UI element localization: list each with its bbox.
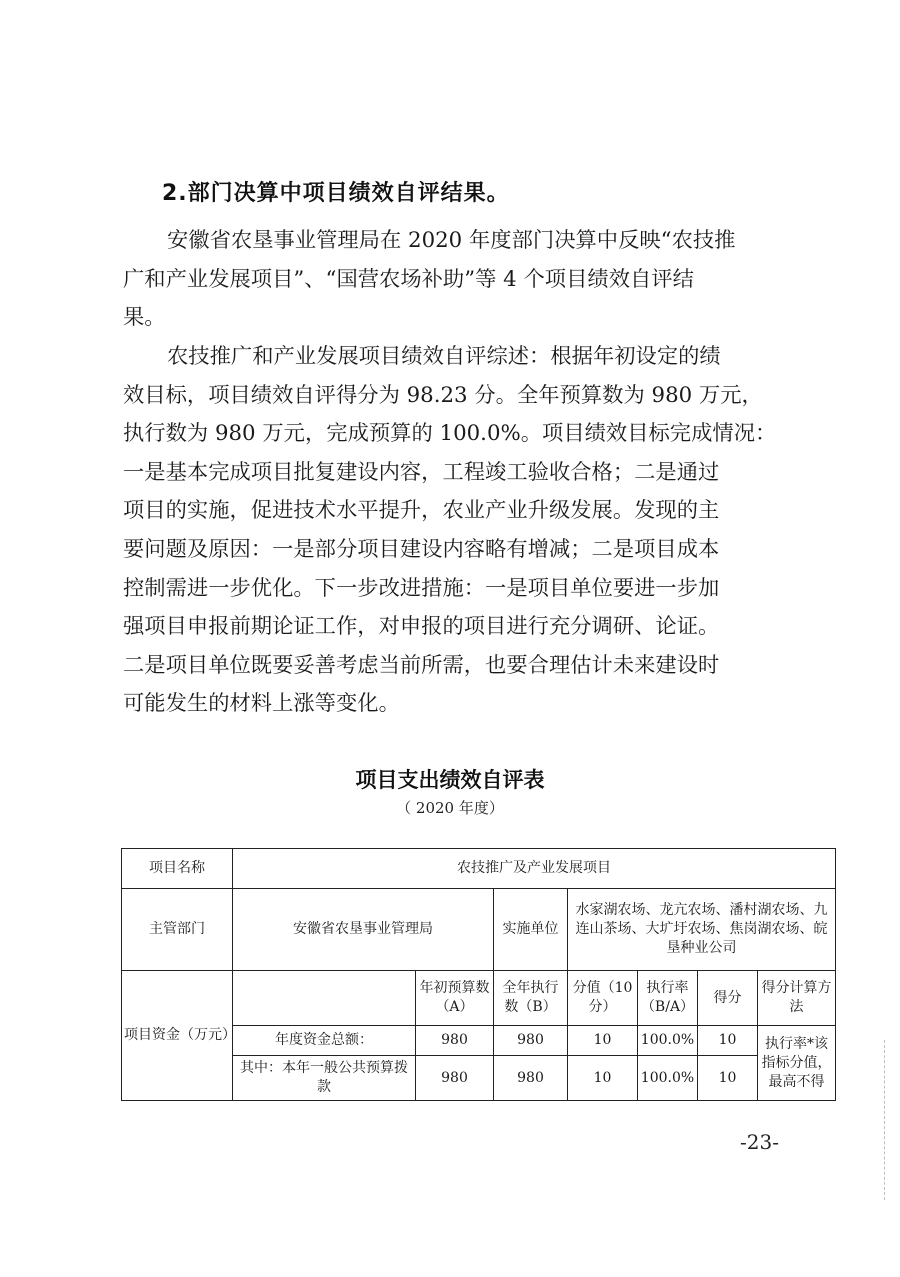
table-row: 项目资金（万元） 年初预算数（A） 全年执行数（B） 分值（10分） 执行率（B… <box>122 971 836 1026</box>
cell-budget: 980 <box>416 1056 494 1101</box>
row-label: 其中：本年一般公共预算拨款 <box>233 1056 416 1101</box>
row-label: 年度资金总额： <box>233 1026 416 1056</box>
implementer-label: 实施单位 <box>494 889 568 971</box>
text-line: 效目标，项目绩效自评得分为 98.23 分。全年预算数为 980 万元， <box>123 377 801 416</box>
implementer-value: 水家湖农场、龙亢农场、潘村湖农场、九连山茶场、大圹圩农场、焦岗湖农场、皖垦种业公… <box>568 889 836 971</box>
paragraph-intro: 安徽省农垦事业管理局在 2020 年度部门决算中反映“农技推 广和产业发展项目”… <box>123 222 801 338</box>
table-subtitle: （ 2020 年度） <box>0 797 900 818</box>
text-line: 果。 <box>123 299 801 338</box>
empty-header-cell <box>233 971 416 1026</box>
performance-table: 项目名称 农技推广及产业发展项目 主管部门 安徽省农垦事业管理局 实施单位 水家… <box>121 848 836 1101</box>
table-title: 项目支出绩效自评表 <box>0 764 900 794</box>
col-header-method: 得分计算方法 <box>758 971 836 1026</box>
cell-executed: 980 <box>494 1026 568 1056</box>
text-line: 控制需进一步优化。下一步改进措施：一是项目单位要进一步加 <box>123 570 801 609</box>
cell-weight: 10 <box>568 1026 638 1056</box>
col-header-weight: 分值（10分） <box>568 971 638 1026</box>
text-line: 项目的实施，促进技术水平提升，农业产业升级发展。发现的主 <box>123 492 801 531</box>
section-heading: 2.部门决算中项目绩效自评结果。 <box>162 176 510 207</box>
col-header-budget: 年初预算数（A） <box>416 971 494 1026</box>
text-line: 二是项目单位既要妥善考虑当前所需，也要合理估计未来建设时 <box>123 647 801 686</box>
paragraph-summary: 农技推广和产业发展项目绩效自评综述：根据年初设定的绩 效目标，项目绩效自评得分为… <box>123 338 801 724</box>
cell-weight: 10 <box>568 1056 638 1101</box>
method-text: 执行率*该指标分值，最高不得 <box>758 1026 836 1101</box>
department-label: 主管部门 <box>122 889 233 971</box>
document-page: 2.部门决算中项目绩效自评结果。 安徽省农垦事业管理局在 2020 年度部门决算… <box>0 0 900 1277</box>
cell-rate: 100.0% <box>638 1056 698 1101</box>
col-header-executed: 全年执行数（B） <box>494 971 568 1026</box>
text-line: 可能发生的材料上涨等变化。 <box>123 685 801 724</box>
text-line: 执行数为 980 万元，完成预算的 100.0%。项目绩效目标完成情况： <box>123 415 801 454</box>
project-name-label: 项目名称 <box>122 849 233 889</box>
table-row: 项目名称 农技推广及产业发展项目 <box>122 849 836 889</box>
col-header-rate: 执行率（B/A） <box>638 971 698 1026</box>
project-name-value: 农技推广及产业发展项目 <box>233 849 836 889</box>
text-line: 要问题及原因：一是部分项目建设内容略有增减；二是项目成本 <box>123 531 801 570</box>
text-line: 一是基本完成项目批复建设内容，工程竣工验收合格；二是通过 <box>123 454 801 493</box>
cell-executed: 980 <box>494 1056 568 1101</box>
cell-score: 10 <box>698 1026 758 1056</box>
scan-edge-line <box>884 1040 885 1200</box>
cell-budget: 980 <box>416 1026 494 1056</box>
text-line: 农技推广和产业发展项目绩效自评综述：根据年初设定的绩 <box>123 338 801 377</box>
table-row: 主管部门 安徽省农垦事业管理局 实施单位 水家湖农场、龙亢农场、潘村湖农场、九连… <box>122 889 836 971</box>
cell-rate: 100.0% <box>638 1026 698 1056</box>
page-number: -23- <box>740 1130 779 1154</box>
text-line: 安徽省农垦事业管理局在 2020 年度部门决算中反映“农技推 <box>123 222 801 261</box>
col-header-score: 得分 <box>698 971 758 1026</box>
text-line: 广和产业发展项目”、“国营农场补助”等 4 个项目绩效自评结 <box>123 261 801 300</box>
funds-label: 项目资金（万元） <box>122 971 233 1101</box>
department-value: 安徽省农垦事业管理局 <box>233 889 494 971</box>
cell-score: 10 <box>698 1056 758 1101</box>
text-line: 强项目申报前期论证工作，对申报的项目进行充分调研、论证。 <box>123 608 801 647</box>
